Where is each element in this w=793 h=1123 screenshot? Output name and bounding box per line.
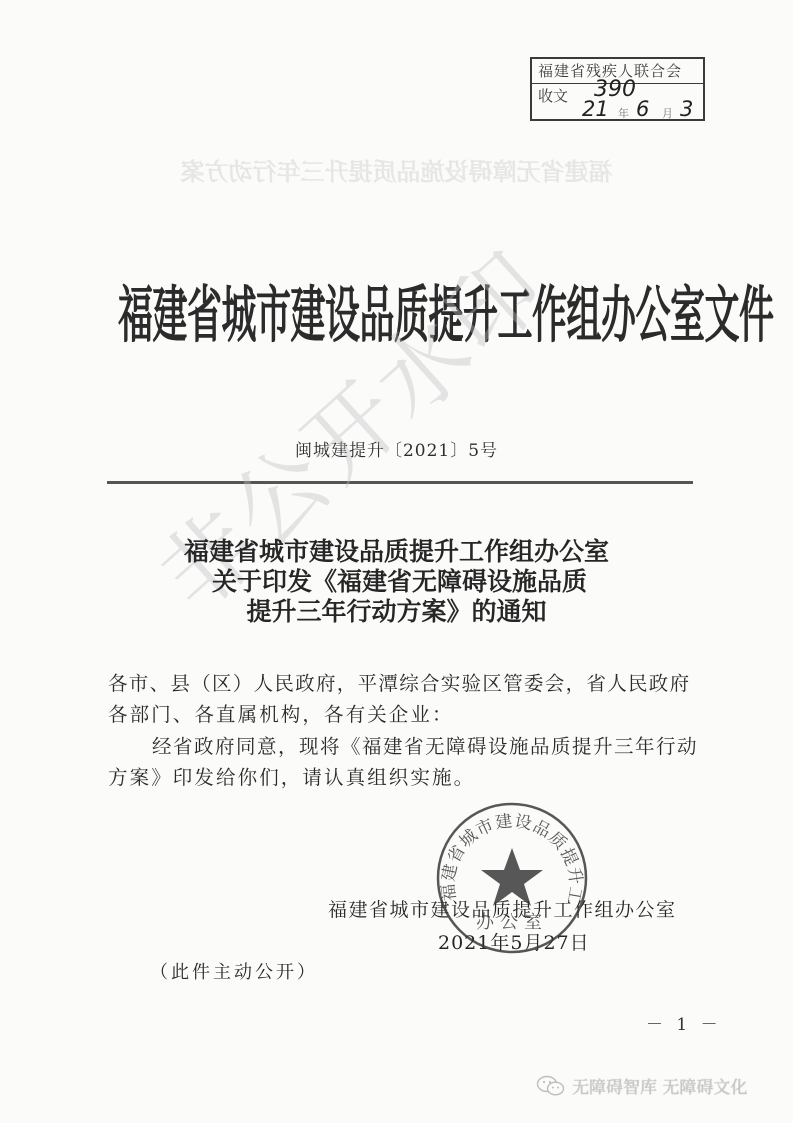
wechat-footer: 无障碍智库 无障碍文化 <box>536 1073 747 1098</box>
received-year: 21 <box>582 97 609 121</box>
body-line: 经省政府同意，现将《福建省无障碍设施品质提升三年行动 <box>108 731 698 762</box>
notice-title: 福建省城市建设品质提升工作组办公室 关于印发《福建省无障碍设施品质 提升三年行动… <box>0 537 793 627</box>
svg-text:福建省城市建设品质提升工作组: 福建省城市建设品质提升工作组 <box>434 800 586 906</box>
bleed-through-text: 福建省无障碍设施品质提升三年行动方案 <box>0 152 793 187</box>
signature-date: 2021年5月27日 <box>438 928 590 955</box>
notice-title-line: 关于印发《福建省无障碍设施品质 <box>0 567 793 597</box>
notice-title-line: 福建省城市建设品质提升工作组办公室 <box>0 537 793 567</box>
body-line: 方案》印发给你们，请认真组织实施。 <box>108 762 698 793</box>
addressee-line: 各市、县（区）人民政府，平潭综合实验区管委会，省人民政府 <box>108 668 698 699</box>
received-stamp-date: 21 年 6 月 3 <box>532 99 703 121</box>
document-header-title: 福建省城市建设品质提升工作组办公室文件 <box>118 278 678 418</box>
addressee-block: 各市、县（区）人民政府，平潭综合实验区管委会，省人民政府 各部门、各直属机构，各… <box>108 668 698 730</box>
received-month: 6 <box>636 97 649 121</box>
disclosure-note: （此件主动公开） <box>150 958 318 984</box>
addressee-line: 各部门、各直属机构，各有关企业： <box>108 699 698 730</box>
wechat-icon <box>536 1074 566 1098</box>
document-page: 福建省无障碍设施品质提升三年行动方案 福建省残疾人联合会 收文 390 21 年… <box>0 0 793 1123</box>
received-stamp: 福建省残疾人联合会 收文 390 21 年 6 月 3 <box>530 57 705 121</box>
document-number: 闽城建提升〔2021〕5号 <box>0 436 793 461</box>
body-paragraph: 经省政府同意，现将《福建省无障碍设施品质提升三年行动 方案》印发给你们，请认真组… <box>108 731 698 793</box>
notice-title-line: 提升三年行动方案》的通知 <box>0 597 793 627</box>
footer-account-text: 无障碍智库 无障碍文化 <box>572 1073 747 1098</box>
received-month-unit: 月 <box>662 105 673 121</box>
signature-org: 福建省城市建设品质提升工作组办公室 <box>328 895 677 922</box>
header-divider <box>107 481 693 484</box>
received-day: 3 <box>680 97 693 121</box>
page-number: － 1 － <box>646 1010 722 1035</box>
received-year-unit: 年 <box>618 105 629 121</box>
